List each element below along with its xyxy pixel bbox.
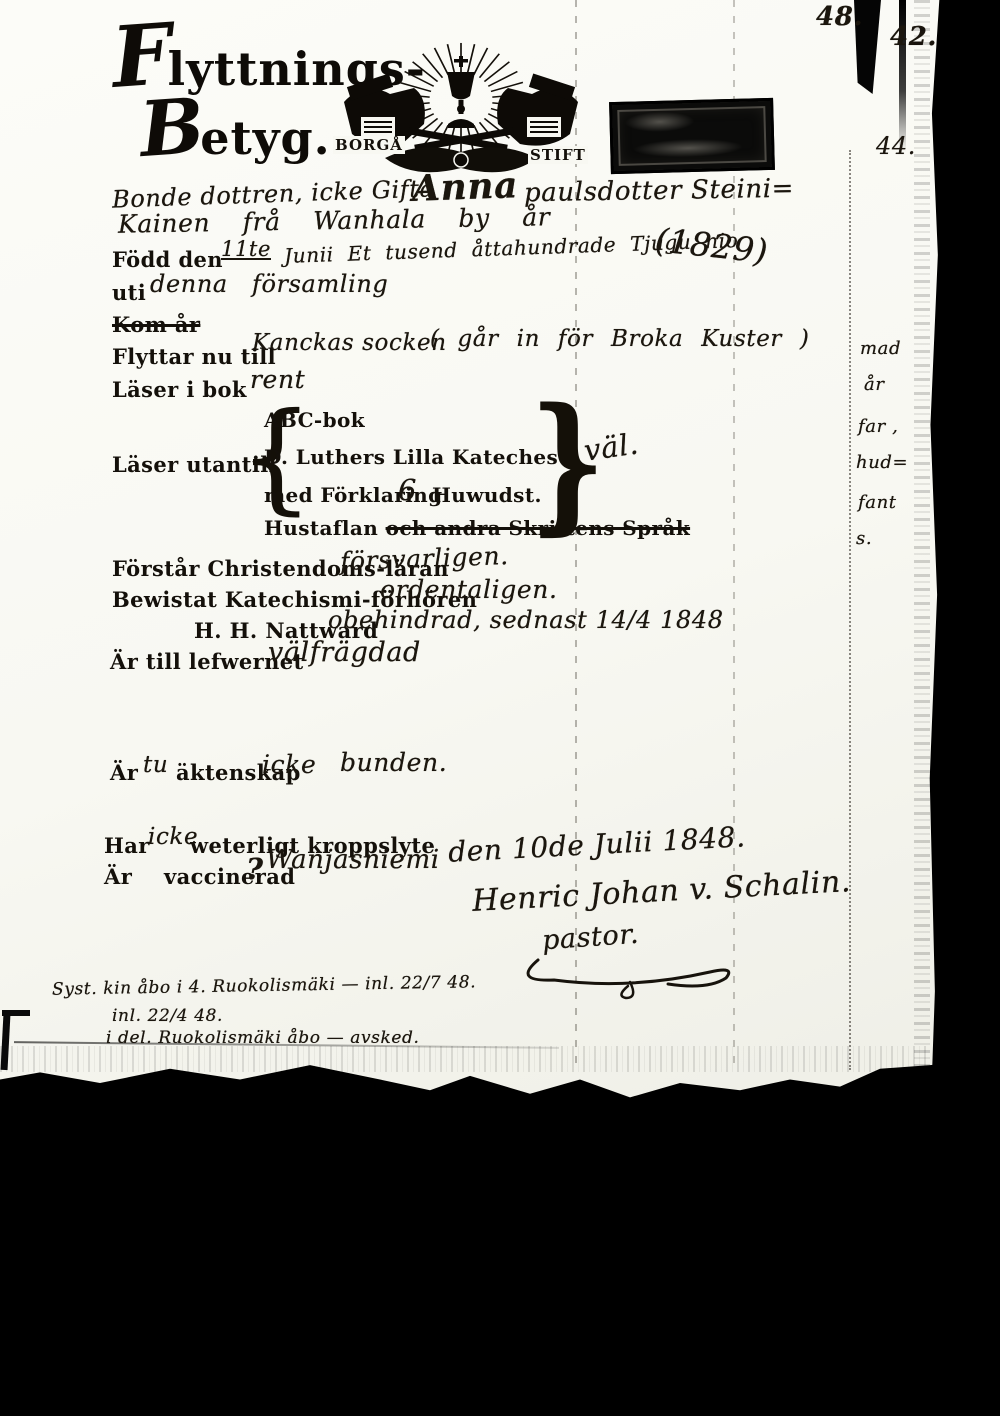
moves-to-value: Kanckas socken: [252, 330, 447, 356]
scan-border-bottom: [0, 1058, 1000, 1416]
body-label-1: Har: [104, 833, 150, 858]
parish-label: uti: [112, 280, 146, 305]
memorized-chapters-count: 6: [398, 473, 417, 507]
conduct-value: välfrägdad: [268, 637, 421, 668]
memorized-item-hustaflan: Hustaflan och andra Skriftens Språk: [264, 516, 690, 540]
margin-note-3: i del. Ruokolismäki åbo — avsked.: [106, 1028, 420, 1048]
memorized-chapters-label: Huwudst.: [432, 483, 542, 507]
attended-value: ordentaligen.: [380, 575, 558, 604]
person-patronym: paulsdotter Steini=: [524, 174, 795, 209]
ornate-initial-b: B: [138, 96, 206, 161]
born-day: 11te: [221, 237, 271, 261]
emblem-text-stift: STIFT: [528, 146, 588, 164]
memorized-item-abc: ABC-bok: [264, 408, 365, 432]
vaccinated-question-mark: ?: [246, 852, 264, 886]
edge-fragment: far ,: [858, 416, 898, 437]
communion-value: obehindrad, sednast 14/4 1848: [328, 606, 724, 634]
document-title-line2: Betyg.: [140, 98, 331, 165]
emblem-text-borga: BORGÅ: [333, 136, 405, 154]
margin-note-2: inl. 22/4 48.: [112, 1006, 223, 1026]
marriage-label-1: Är: [110, 760, 138, 785]
edge-fragment: mad: [860, 338, 901, 359]
page-number-44: 44.: [876, 132, 916, 160]
right-edge-speckle: [914, 0, 930, 1080]
vaccinated-label-1: Är: [104, 864, 132, 889]
corner-bracket-mark: [2, 1010, 30, 1016]
ornate-initial-f: F: [110, 20, 174, 91]
edge-fragment: fant: [858, 492, 897, 513]
edge-fragment: år: [864, 374, 885, 395]
reads-in-book-label: Läser i bok: [112, 377, 247, 402]
moves-to-note: ( går in för Broka Kuster ): [430, 326, 810, 352]
marriage-hand-bunden: bunden.: [340, 748, 447, 777]
marriage-hand-icke: icke: [262, 750, 316, 779]
signature-flourish: [520, 948, 750, 1004]
chalice-icon: [447, 56, 475, 128]
edge-fragment: s.: [856, 528, 872, 549]
parish-value: denna församling: [150, 270, 388, 298]
understands-value: försvarligen.: [340, 541, 510, 576]
page-edge-line: [849, 150, 851, 1070]
edge-fragment: hud=: [856, 452, 908, 473]
marriage-hand-tu: tu: [143, 752, 168, 778]
page-number-48: 48.: [816, 2, 863, 32]
scanned-document: Flyttnings- Betyg.: [0, 0, 1000, 1416]
archive-stamp: [609, 98, 775, 174]
issue-place: Wanjasniemi: [266, 845, 440, 875]
memorized-item-catechism: D. Luthers Lilla Kateches: [264, 445, 558, 469]
born-label: Född den: [112, 247, 223, 272]
came-year-label-struck: Kom år: [112, 312, 200, 337]
torn-edge-speckle: [0, 1046, 930, 1072]
